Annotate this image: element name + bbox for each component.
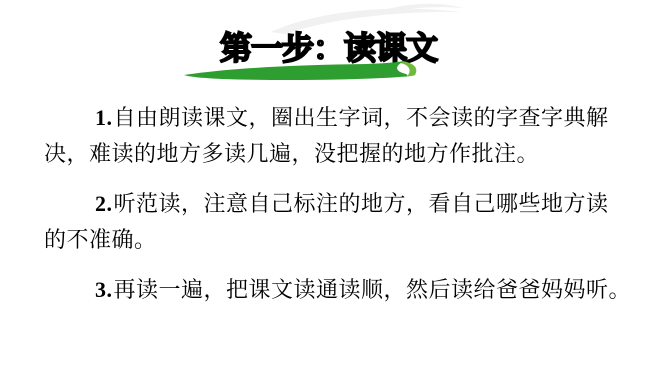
text-line: 3.再读一遍，把课文读通读顺，然后读给爸爸妈妈听。 — [44, 272, 634, 308]
paragraph-number: 2. — [95, 191, 114, 216]
text-line: 1.自由朗读课文，圈出生字词，不会读的字查字典解 — [44, 100, 634, 136]
swoosh-underline-graphic — [182, 60, 420, 82]
paragraph-number: 3. — [95, 277, 114, 302]
paragraph-text: 自由朗读课文，圈出生字词，不会读的字查字典解 — [114, 105, 609, 130]
paragraph-2: 2.听范读，注意自己标注的地方，看自己哪些地方读的不准确。 — [44, 186, 634, 258]
paragraph-number: 1. — [95, 105, 114, 130]
body-text: 1.自由朗读课文，圈出生字词，不会读的字查字典解决，难读的地方多读几遍，没把握的… — [44, 100, 634, 322]
paragraph-1: 1.自由朗读课文，圈出生字词，不会读的字查字典解决，难读的地方多读几遍，没把握的… — [44, 100, 634, 172]
text-line: 决，难读的地方多读几遍，没把握的地方作批注。 — [44, 136, 634, 172]
text-line: 2.听范读，注意自己标注的地方，看自己哪些地方读 — [44, 186, 634, 222]
paragraph-text: 再读一遍，把课文读通读顺，然后读给爸爸妈妈听。 — [114, 277, 632, 302]
paragraph-3: 3.再读一遍，把课文读通读顺，然后读给爸爸妈妈听。 — [44, 272, 634, 308]
slide-canvas: 第一步：读课文 1.自由朗读课文，圈出生字词，不会读的字查字典解决，难读的地方多… — [0, 0, 668, 376]
text-line: 的不准确。 — [44, 222, 634, 258]
paragraph-text: 听范读，注意自己标注的地方，看自己哪些地方读 — [114, 191, 609, 216]
